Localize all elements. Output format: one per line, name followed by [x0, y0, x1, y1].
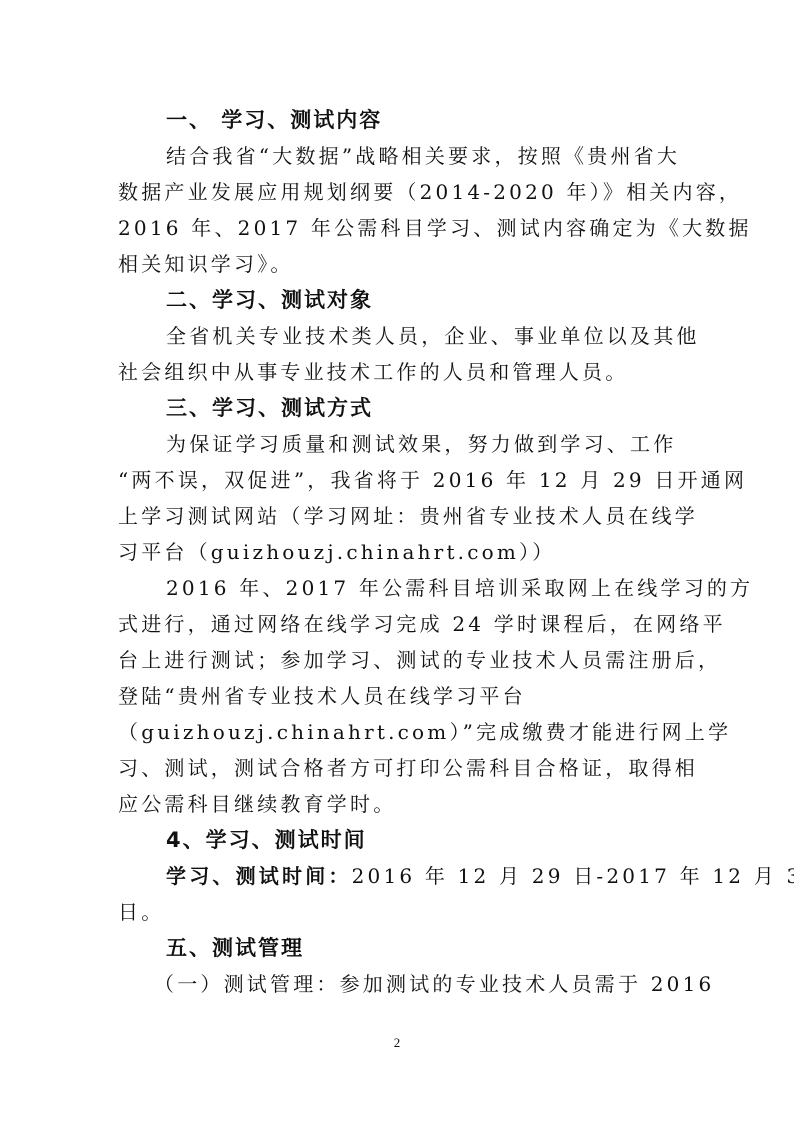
section-heading-content: 一、 学习、测试内容: [118, 102, 674, 138]
paragraph-line: 2016 年、2017 年公需科目培训采取网上在线学习的方: [118, 570, 674, 606]
time-range: 2016 年 12 月 29 日-2017 年 12 月 30: [352, 864, 794, 888]
paragraph-line: 上学习测试网站（学习网址：贵州省专业技术人员在线学: [118, 498, 674, 534]
paragraph-line: 登陆“贵州省专业技术人员在线学习平台: [118, 678, 674, 714]
paragraph-line: 结合我省“大数据”战略相关要求，按照《贵州省大: [118, 138, 674, 174]
paragraph-line: （一）测试管理：参加测试的专业技术人员需于 2016: [118, 966, 674, 1002]
paragraph-line: “两不误，双促进”，我省将于 2016 年 12 月 29 日开通网: [118, 462, 674, 498]
paragraph-line: 数据产业发展应用规划纲要（2014-2020 年）》相关内容，: [118, 174, 674, 210]
paragraph-line: 式进行，通过网络在线学习完成 24 学时课程后，在网络平: [118, 606, 674, 642]
paragraph-line: 应公需科目继续教育学时。: [118, 786, 674, 822]
paragraph-line: 相关知识学习》。: [118, 246, 674, 282]
paragraph-line-time: 学习、测试时间：2016 年 12 月 29 日-2017 年 12 月 30: [118, 858, 674, 894]
section-heading-time: 4、学习、测试时间: [118, 822, 674, 858]
paragraph-line: （guizhouzj.chinahrt.com）”完成缴费才能进行网上学: [118, 714, 674, 750]
paragraph-line: 日。: [118, 894, 674, 930]
section-heading-audience: 二、学习、测试对象: [118, 282, 674, 318]
time-label: 学习、测试时间：: [166, 864, 352, 888]
paragraph-line: 2016 年、2017 年公需科目学习、测试内容确定为《大数据: [118, 210, 674, 246]
page-number: 2: [0, 1035, 794, 1051]
paragraph-line: 习、测试，测试合格者方可打印公需科目合格证，取得相: [118, 750, 674, 786]
document-page: 一、 学习、测试内容 结合我省“大数据”战略相关要求，按照《贵州省大 数据产业发…: [0, 0, 794, 1123]
paragraph-line: 全省机关专业技术类人员，企业、事业单位以及其他: [118, 318, 674, 354]
paragraph-line: 台上进行测试；参加学习、测试的专业技术人员需注册后，: [118, 642, 674, 678]
section-heading-management: 五、测试管理: [118, 930, 674, 966]
section-heading-method: 三、学习、测试方式: [118, 390, 674, 426]
paragraph-line: 社会组织中从事专业技术工作的人员和管理人员。: [118, 354, 674, 390]
paragraph-line: 为保证学习质量和测试效果，努力做到学习、工作: [118, 426, 674, 462]
paragraph-line: 习平台（guizhouzj.chinahrt.com））: [118, 534, 674, 570]
page-content: 一、 学习、测试内容 结合我省“大数据”战略相关要求，按照《贵州省大 数据产业发…: [118, 102, 674, 1002]
